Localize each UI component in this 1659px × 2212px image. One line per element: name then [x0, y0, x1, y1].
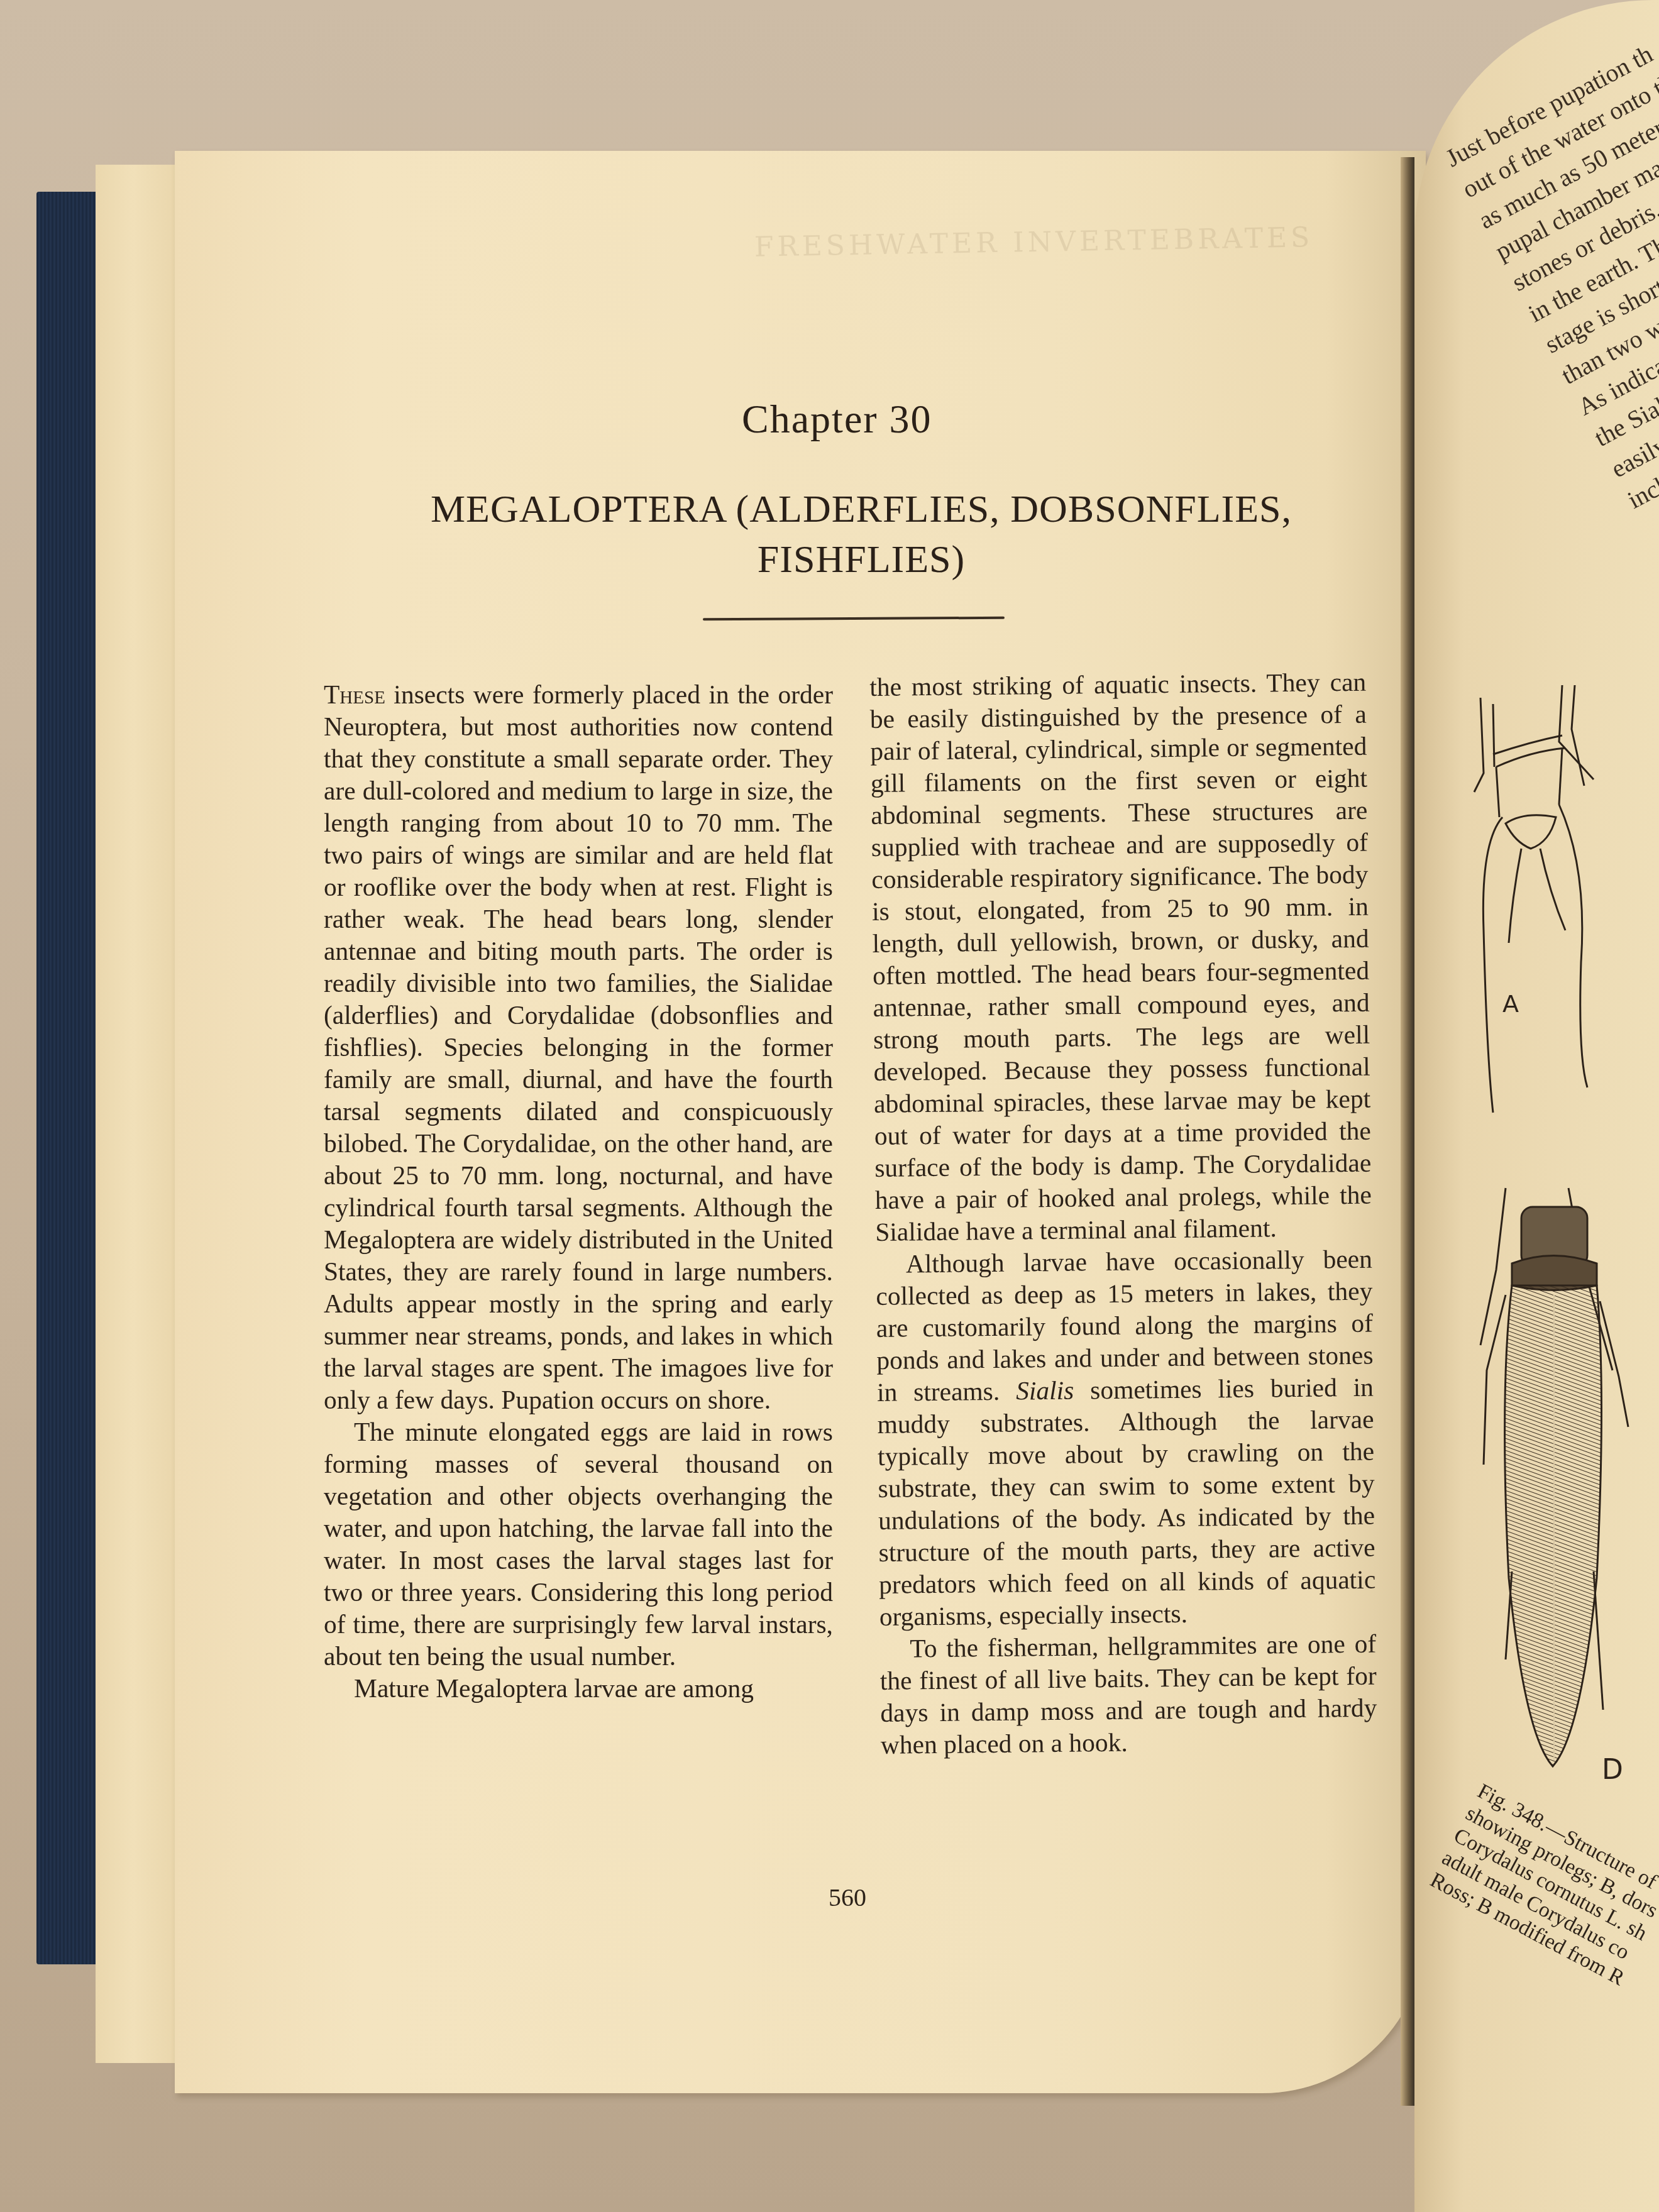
- chapter-title-line-1: MEGALOPTERA (ALDERFLIES, DOBSONFLIES,: [402, 484, 1320, 534]
- paragraph: Mature Megaloptera larvae are among: [324, 1673, 833, 1705]
- paragraph-text: insects were formerly placed in the orde…: [324, 680, 833, 1414]
- figure-label-a: A: [1502, 990, 1519, 1018]
- larva-prolegs-illustration: [1455, 679, 1600, 1131]
- right-text-column: the most striking of aquatic insects. Th…: [869, 666, 1377, 1761]
- paragraph: The minute elongated eggs are laid in ro…: [324, 1416, 833, 1673]
- paragraph: the most striking of aquatic insects. Th…: [869, 666, 1372, 1248]
- paragraph: Although larvae have occasionally been c…: [876, 1243, 1376, 1633]
- paragraph-text: sometimes lies buried in muddy substrate…: [877, 1373, 1375, 1631]
- figure-label-d: D: [1602, 1754, 1623, 1786]
- paragraph: These insects were formerly placed in th…: [324, 679, 833, 1416]
- drop-lead-word: These: [324, 680, 385, 709]
- chapter-title-line-2: FISHFLIES): [402, 534, 1320, 585]
- paragraph: To the fisherman, hellgrammites are one …: [879, 1628, 1377, 1761]
- book-gutter: [1401, 157, 1414, 2106]
- adult-dobsonfly-illustration: [1462, 1169, 1644, 1785]
- chapter-number: Chapter 30: [742, 396, 932, 443]
- page-number: 560: [829, 1883, 866, 1912]
- chapter-title: MEGALOPTERA (ALDERFLIES, DOBSONFLIES, FI…: [402, 484, 1320, 585]
- book-cover-edge: [36, 192, 99, 1964]
- left-text-column: These insects were formerly placed in th…: [324, 679, 833, 1705]
- genus-name: Sialis: [1016, 1376, 1074, 1406]
